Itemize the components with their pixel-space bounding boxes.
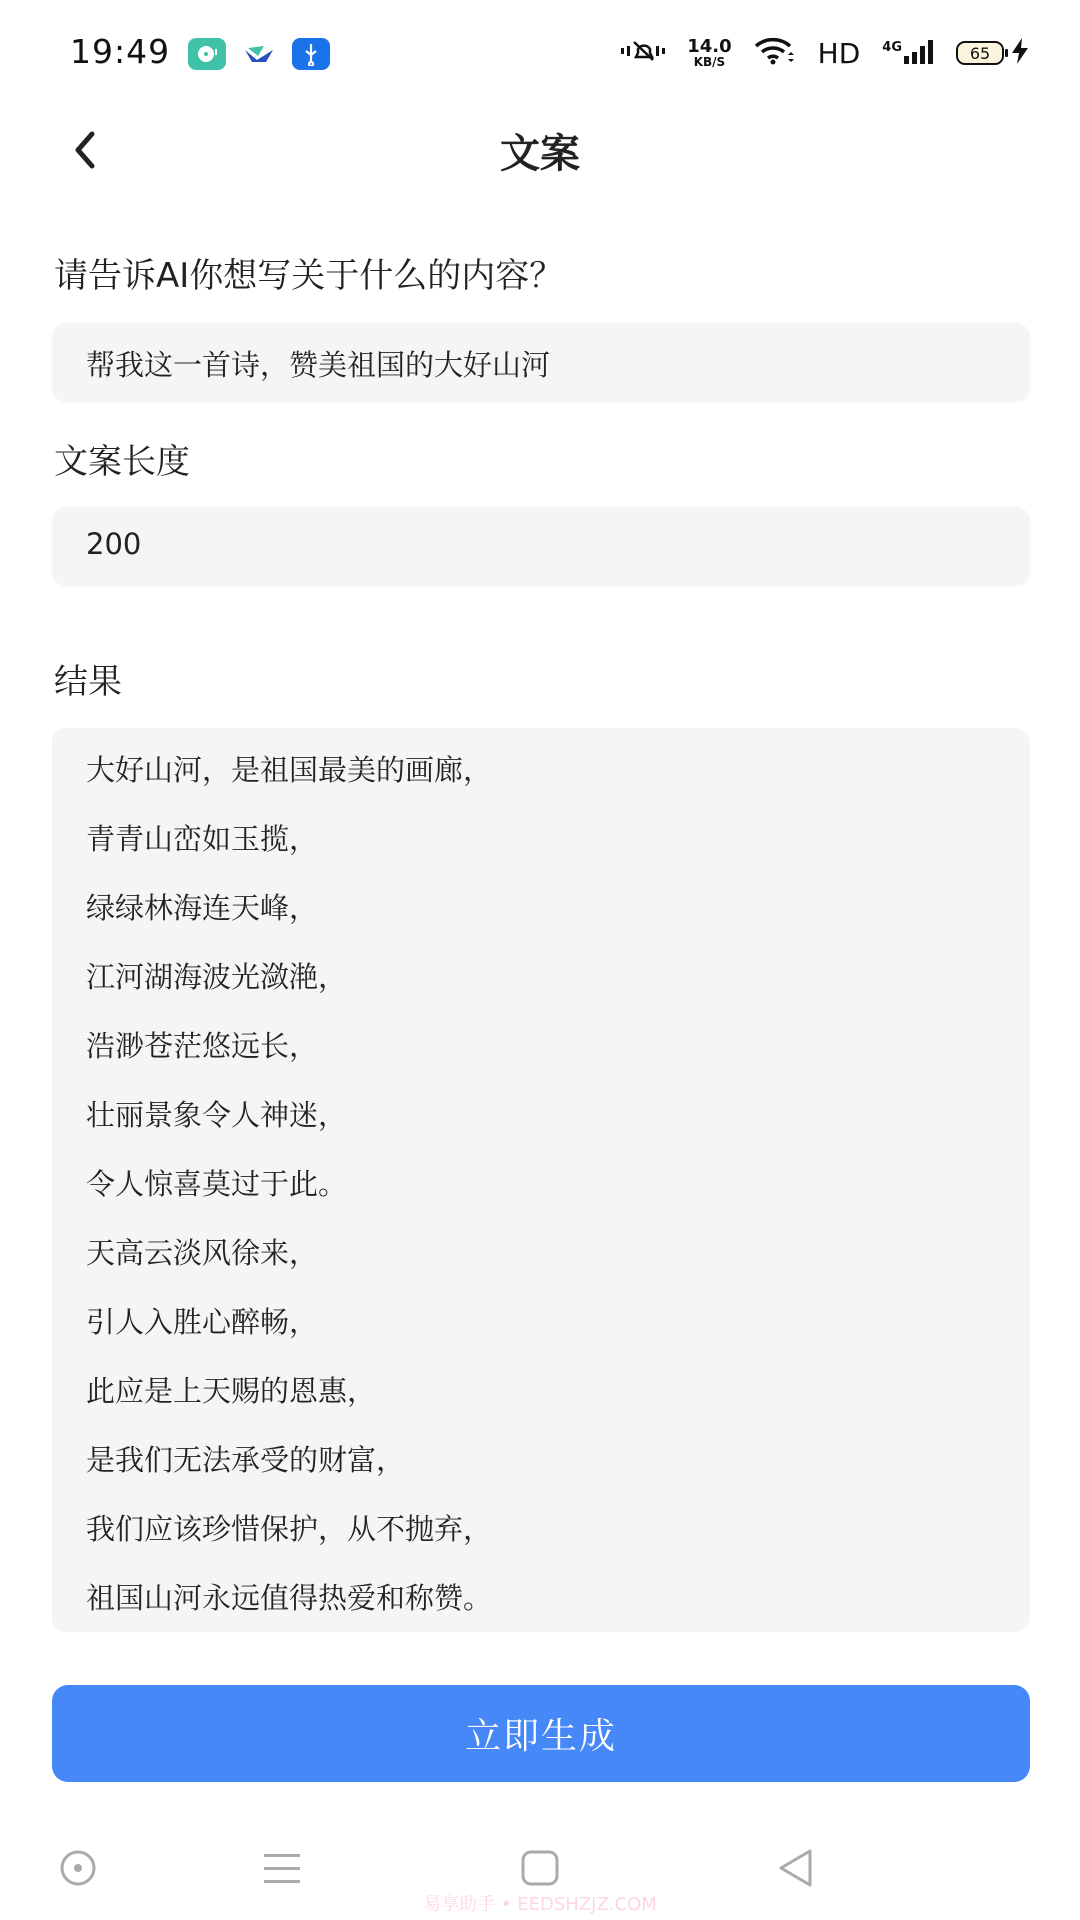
menu-lines-icon [262, 1848, 302, 1888]
result-line: 青青山峦如玉揽， [86, 817, 318, 858]
result-line: 浩渺苍茫悠远长， [86, 1024, 318, 1065]
status-icons: 14.0 KB/S HD 4G 65 [621, 30, 1028, 76]
length-input-value: 200 [86, 527, 141, 561]
result-line: 是我们无法承受的财富， [86, 1438, 405, 1479]
cell-signal-icon: 4G [882, 40, 934, 66]
chat-app-icon [188, 38, 226, 70]
network-speed: 14.0 KB/S [687, 38, 731, 68]
nav-back-button[interactable] [776, 1848, 816, 1892]
generate-button[interactable]: 立即生成 [52, 1685, 1030, 1782]
result-line: 天高云淡风徐来， [86, 1231, 318, 1272]
circle-dot-icon [58, 1848, 98, 1888]
result-line: 祖国山河永远值得热爱和称赞。 [86, 1576, 492, 1617]
result-line: 江河湖海波光潋滟， [86, 955, 347, 996]
wifi-icon [754, 37, 796, 69]
result-line: 此应是上天赐的恩惠， [86, 1369, 376, 1410]
triangle-back-icon [776, 1848, 816, 1888]
result-textarea[interactable]: 大好山河，是祖国最美的画廊， 青青山峦如玉揽， 绿绿林海连天峰， 江河湖海波光潋… [52, 728, 1030, 1632]
length-label: 文案长度 [54, 434, 190, 483]
mute-bell-icon [621, 38, 665, 68]
result-label: 结果 [54, 654, 122, 703]
nav-menu-button[interactable] [262, 1848, 302, 1892]
topic-label: 请告诉AI你想写关于什么的内容？ [54, 248, 563, 297]
topic-input-value: 帮我这一首诗，赞美祖国的大好山河 [86, 343, 550, 384]
square-home-icon [520, 1848, 560, 1888]
charging-bolt-icon [1012, 38, 1028, 68]
battery-icon: 65 [956, 41, 1004, 65]
result-line: 壮丽景象令人神迷， [86, 1093, 347, 1134]
bird-app-icon [242, 40, 276, 68]
hd-indicator: HD [818, 37, 861, 70]
topic-input[interactable]: 帮我这一首诗，赞美祖国的大好山河 [52, 323, 1030, 401]
result-line: 大好山河，是祖国最美的画廊， [86, 748, 492, 789]
result-line: 令人惊喜莫过于此。 [86, 1162, 347, 1203]
nav-assistant-button[interactable] [58, 1848, 98, 1892]
length-input[interactable]: 200 [52, 507, 1030, 585]
result-line: 我们应该珍惜保护，从不抛弃， [86, 1507, 492, 1548]
usb-icon [292, 38, 330, 70]
status-time: 19:49 [70, 32, 170, 71]
page-title: 文案 [0, 122, 1080, 179]
nav-home-button[interactable] [520, 1848, 560, 1892]
result-line: 引人入胜心醉畅， [86, 1300, 318, 1341]
result-line: 绿绿林海连天峰， [86, 886, 318, 927]
watermark: 易享助手 • EEDSHZJZ.COM [0, 1890, 1080, 1916]
